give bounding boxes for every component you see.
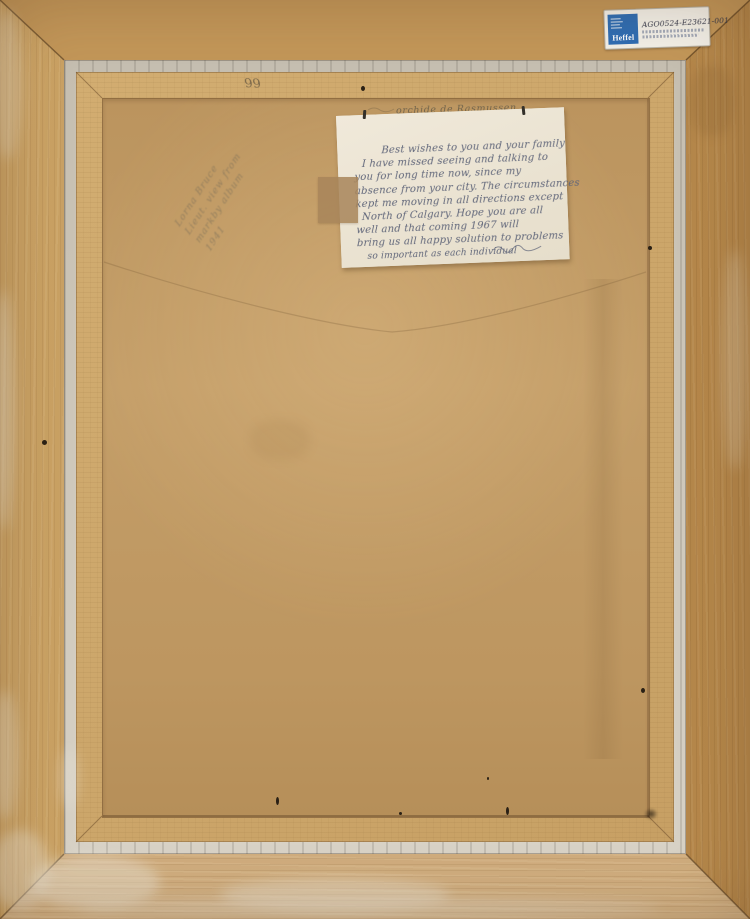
- sticker-code: AGO0524-E23621-001: [642, 15, 730, 29]
- nail-hole: [506, 807, 509, 815]
- signature-scribble: [491, 242, 543, 254]
- logo-micro-text: [611, 21, 623, 22]
- framed-artwork-verso-photo: orchide de Rasmussen Lorna Bruce Lieut. …: [0, 0, 750, 919]
- nail-hole: [648, 246, 652, 250]
- pencil-inscription-diagonal: Lorna Bruce Lieut. view from markby albu…: [128, 118, 308, 278]
- nail-hole: [641, 688, 645, 693]
- nail-hole: [399, 812, 402, 815]
- pencil-number: 66: [243, 74, 262, 90]
- nail-hole: [42, 440, 47, 445]
- stain-mark: [690, 66, 734, 136]
- logo-micro-text: [611, 18, 621, 19]
- sticker-fine-print: [642, 33, 698, 38]
- tack-mark: [363, 110, 367, 119]
- heffel-sticker: Heffel AGO0524-E23621-001: [603, 6, 710, 50]
- masking-tape: [318, 177, 358, 223]
- heffel-wordmark: Heffel: [608, 33, 638, 43]
- scuff-mark: [722, 250, 748, 470]
- logo-micro-text: [611, 24, 620, 25]
- handwritten-note: Best wishes to you and your family I hav…: [336, 107, 570, 268]
- scuff-mark: [60, 748, 78, 808]
- nail-hole: [487, 777, 489, 780]
- nail-hole: [361, 86, 365, 91]
- corner-smudge: [644, 808, 658, 820]
- heffel-logo: Heffel: [608, 14, 639, 45]
- backing-shadow: [583, 279, 623, 759]
- scuff-mark: [80, 898, 660, 918]
- nail-hole: [276, 797, 279, 805]
- stain-mark: [250, 420, 310, 460]
- logo-micro-text: [611, 27, 622, 28]
